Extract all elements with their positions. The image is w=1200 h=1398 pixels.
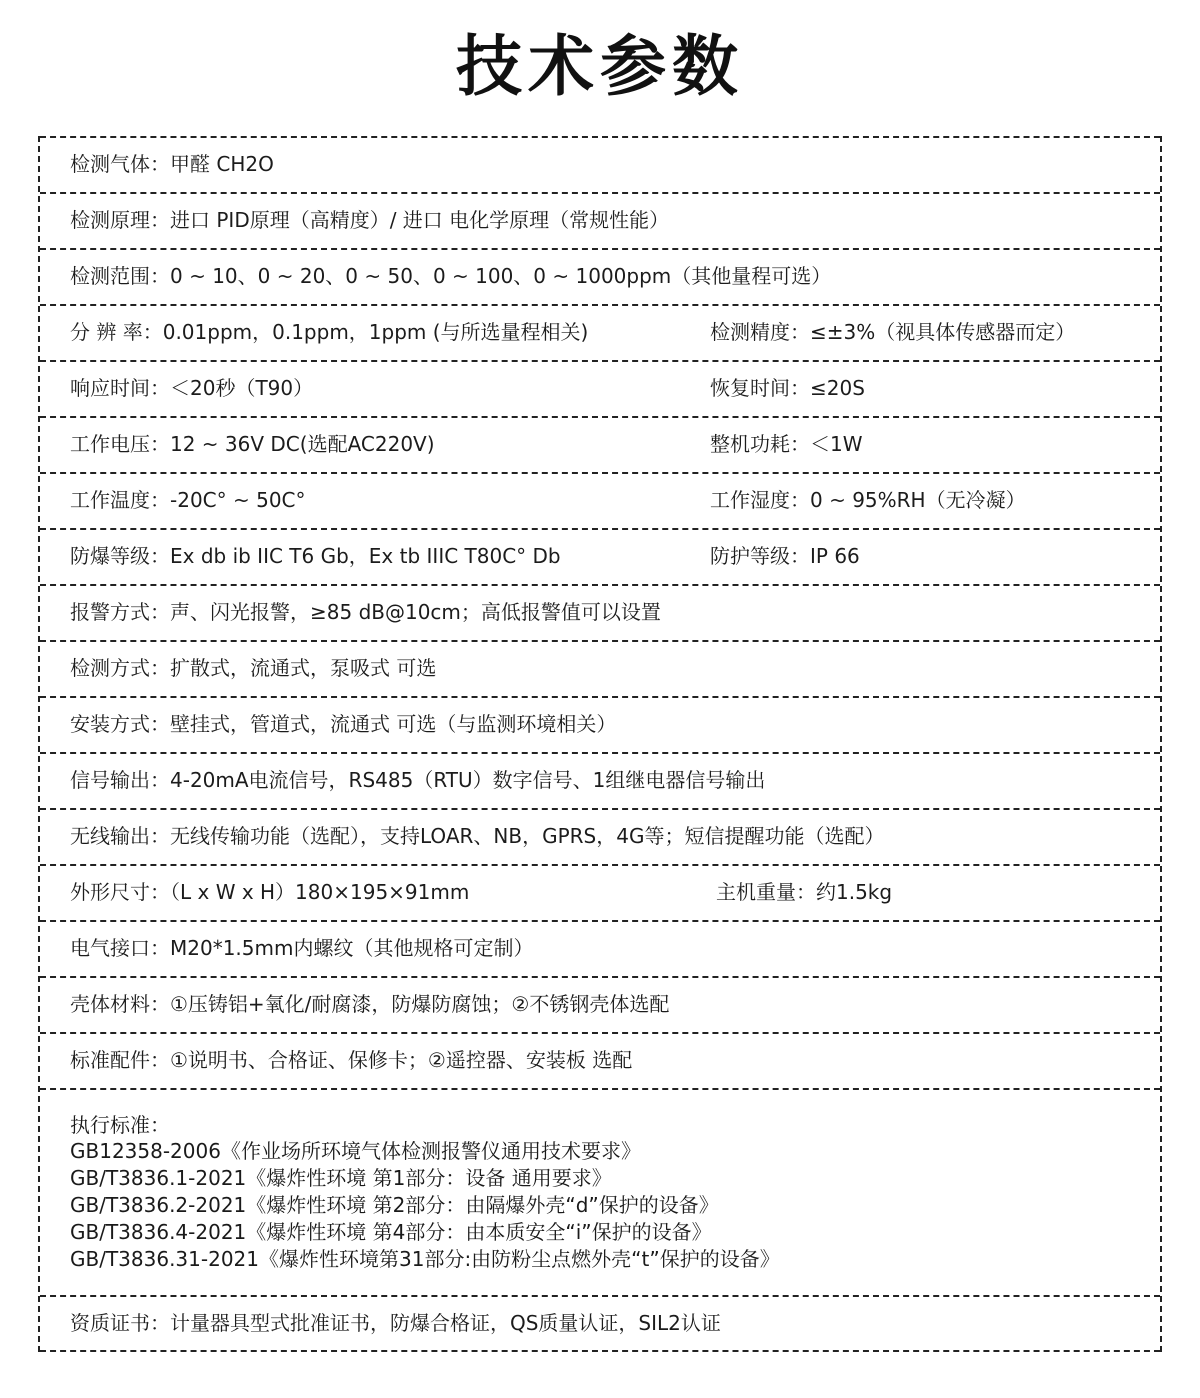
spec-row-voltage: 工作电压：12 ~ 36V DC(选配AC220V) 整机功耗：＜1W [40,416,1160,472]
spec-principle: 检测原理：进口 PID原理（高精度）/ 进口 电化学原理（常规性能） [70,194,669,248]
spec-row-detection-mode: 检测方式：扩散式，流通式，泵吸式 可选 [40,640,1160,696]
spec-electrical-interface: 电气接口：M20*1.5mm内螺纹（其他规格可定制） [70,922,533,976]
spec-resolution: 分 辨 率：0.01ppm，0.1ppm，1ppm (与所选量程相关) [70,306,588,360]
spec-row-range: 检测范围：0 ~ 10、0 ~ 20、0 ~ 50、0 ~ 100、0 ~ 10… [40,248,1160,304]
spec-humidity: 工作湿度：0 ~ 95%RH（无冷凝） [710,474,1026,528]
standard-item: GB/T3836.31-2021《爆炸性环境第31部分:由防粉尘点燃外壳“t”保… [70,1246,780,1273]
spec-voltage: 工作电压：12 ~ 36V DC(选配AC220V) [70,418,435,472]
spec-accessories: 标准配件：①说明书、合格证、保修卡；②遥控器、安装板 选配 [70,1034,632,1088]
page-title: 技术参数 [0,22,1200,112]
spec-detection-mode: 检测方式：扩散式，流通式，泵吸式 可选 [70,642,436,696]
standard-item: GB/T3836.2-2021《爆炸性环境 第2部分：由隔爆外壳“d”保护的设备… [70,1192,719,1219]
spec-weight: 主机重量：约1.5kg [716,866,892,920]
spec-ip-rating: 防护等级：IP 66 [710,530,860,584]
spec-accuracy: 检测精度：≤±3%（视具体传感器而定） [710,306,1075,360]
spec-row-alarm: 报警方式：声、闪光报警，≥85 dB@10cm；高低报警值可以设置 [40,584,1160,640]
spec-row-housing: 壳体材料：①压铸铝+氧化/耐腐漆，防爆防腐蚀；②不锈钢壳体选配 [40,976,1160,1032]
spec-row-principle: 检测原理：进口 PID原理（高精度）/ 进口 电化学原理（常规性能） [40,192,1160,248]
spec-row-resolution: 分 辨 率：0.01ppm，0.1ppm，1ppm (与所选量程相关) 检测精度… [40,304,1160,360]
spec-row-wireless: 无线输出：无线传输功能（选配），支持LOAR、NB，GPRS，4G等；短信提醒功… [40,808,1160,864]
spec-row-response: 响应时间：＜20秒（T90） 恢复时间：≤20S [40,360,1160,416]
spec-row-installation: 安装方式：壁挂式，管道式，流通式 可选（与监测环境相关） [40,696,1160,752]
spec-response-time: 响应时间：＜20秒（T90） [70,362,313,416]
spec-signal-output: 信号输出：4-20mA电流信号，RS485（RTU）数字信号、1组继电器信号输出 [70,754,765,808]
spec-housing-material: 壳体材料：①压铸铝+氧化/耐腐漆，防爆防腐蚀；②不锈钢壳体选配 [70,978,669,1032]
spec-alarm: 报警方式：声、闪光报警，≥85 dB@10cm；高低报警值可以设置 [70,586,661,640]
spec-temperature: 工作温度：-20C° ~ 50C° [70,474,306,528]
spec-recovery-time: 恢复时间：≤20S [710,362,865,416]
spec-row-accessories: 标准配件：①说明书、合格证、保修卡；②遥控器、安装板 选配 [40,1032,1160,1088]
spec-row-gas: 检测气体：甲醛 CH2O [40,136,1160,192]
spec-power: 整机功耗：＜1W [710,418,863,472]
spec-certificates: 资质证书：计量器具型式批准证书，防爆合格证，QS质量认证，SIL2认证 [70,1297,721,1351]
standard-item: GB/T3836.1-2021《爆炸性环境 第1部分：设备 通用要求》 [70,1165,612,1192]
spec-row-dimensions: 外形尺寸：（L x W x H）180×195×91mm 主机重量：约1.5kg [40,864,1160,920]
spec-row-temperature: 工作温度：-20C° ~ 50C° 工作湿度：0 ~ 95%RH（无冷凝） [40,472,1160,528]
spec-range: 检测范围：0 ~ 10、0 ~ 20、0 ~ 50、0 ~ 100、0 ~ 10… [70,250,831,304]
standards-section: 执行标准： GB12358-2006《作业场所环境气体检测报警仪通用技术要求》 … [40,1088,1160,1295]
spec-installation: 安装方式：壁挂式，管道式，流通式 可选（与监测环境相关） [70,698,616,752]
spec-explosion-rating: 防爆等级：Ex db ib IIC T6 Gb，Ex tb IIIC T80C°… [70,530,561,584]
spec-row-signal: 信号输出：4-20mA电流信号，RS485（RTU）数字信号、1组继电器信号输出 [40,752,1160,808]
spec-row-explosion: 防爆等级：Ex db ib IIC T6 Gb，Ex tb IIIC T80C°… [40,528,1160,584]
spec-dimensions: 外形尺寸：（L x W x H）180×195×91mm [70,866,469,920]
spec-row-interface: 电气接口：M20*1.5mm内螺纹（其他规格可定制） [40,920,1160,976]
standards-heading: 执行标准： [70,1112,170,1139]
spec-table: 检测气体：甲醛 CH2O 检测原理：进口 PID原理（高精度）/ 进口 电化学原… [38,136,1162,1352]
spec-row-certificates: 资质证书：计量器具型式批准证书，防爆合格证，QS质量认证，SIL2认证 [40,1295,1160,1352]
standard-item: GB/T3836.4-2021《爆炸性环境 第4部分：由本质安全“i”保护的设备… [70,1219,712,1246]
standard-item: GB12358-2006《作业场所环境气体检测报警仪通用技术要求》 [70,1138,641,1165]
spec-wireless-output: 无线输出：无线传输功能（选配），支持LOAR、NB，GPRS，4G等；短信提醒功… [70,810,884,864]
spec-gas: 检测气体：甲醛 CH2O [70,138,274,192]
